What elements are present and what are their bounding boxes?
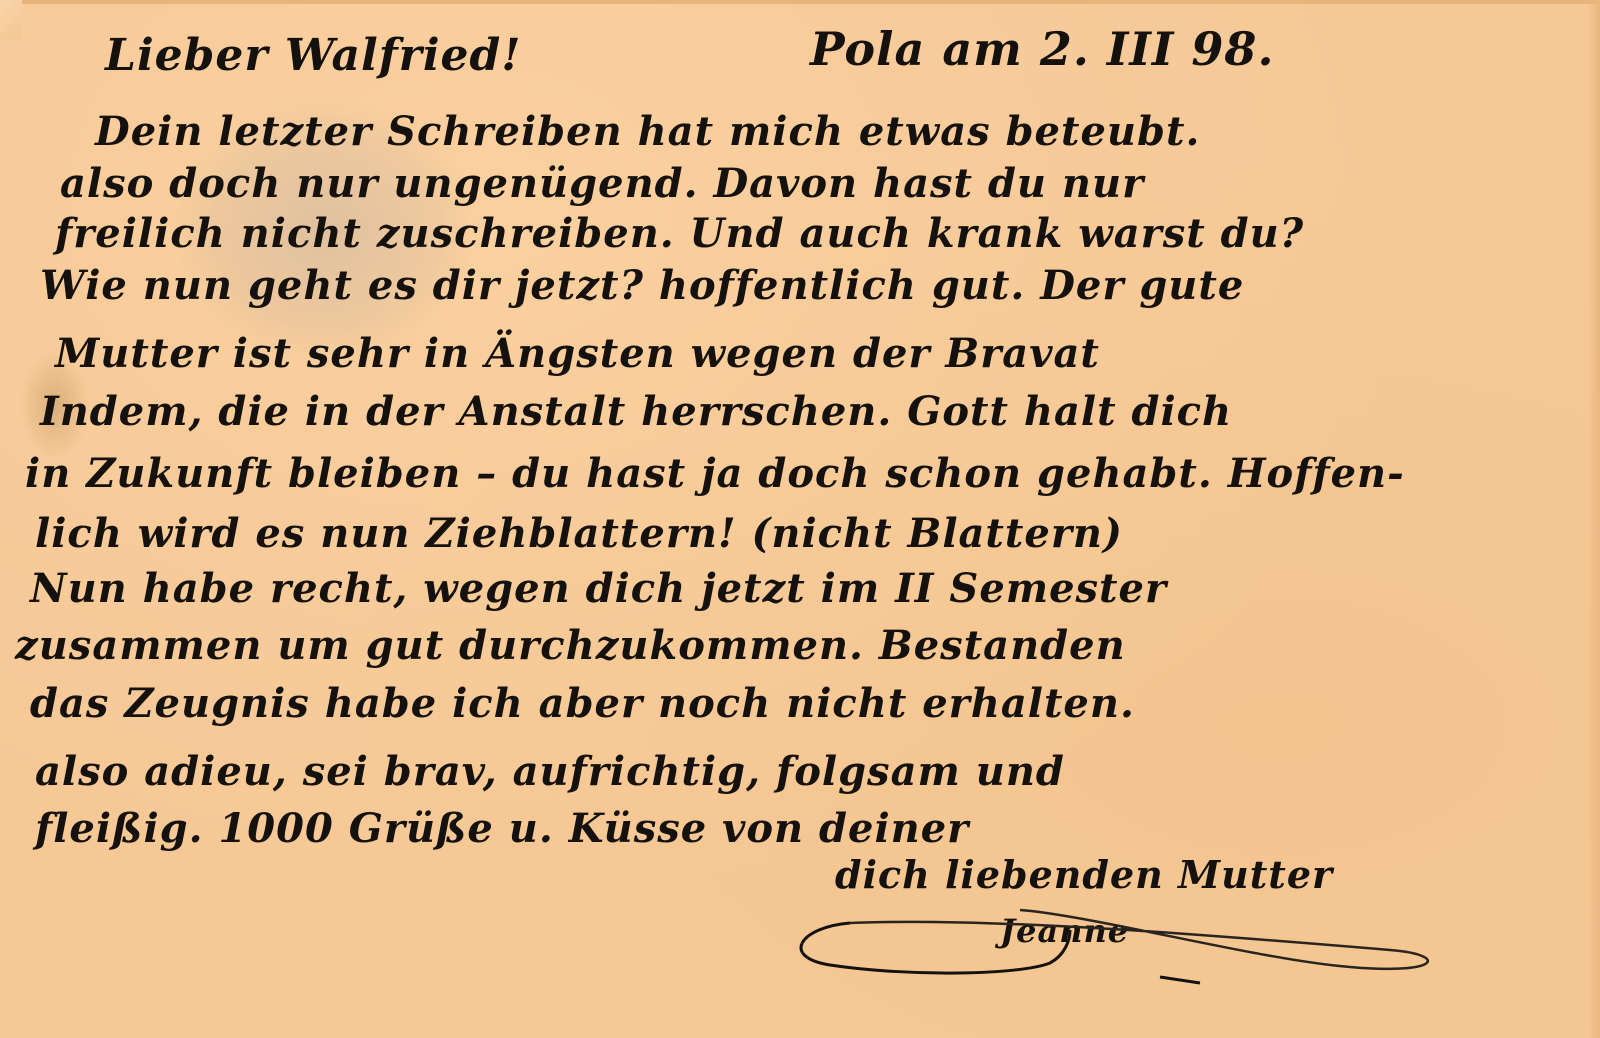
letter-line: also doch nur ungenügend. Davon hast du … [60, 160, 1144, 207]
letter-line: zusammen um gut durchzukommen. Bestanden [15, 622, 1126, 669]
letter-line: Dein letzter Schreiben hat mich etwas be… [95, 108, 1200, 155]
card-top-edge [0, 0, 1600, 4]
letter-line: das Zeugnis habe ich aber noch nicht erh… [30, 680, 1135, 727]
place-date: Pola am 2. III 98. [810, 22, 1274, 76]
letter-line: Wie nun geht es dir jetzt? hoffentlich g… [40, 262, 1244, 309]
card-corner [0, 0, 22, 40]
letter-line: freilich nicht zuschreiben. Und auch kra… [55, 210, 1304, 257]
letter-line: Mutter ist sehr in Ängsten wegen der Bra… [55, 330, 1100, 377]
letter-line: Nun habe recht, wegen dich jetzt im II S… [30, 565, 1167, 612]
card-right-edge [1588, 0, 1600, 1038]
letter-line: Indem, die in der Anstalt herrschen. Got… [40, 388, 1232, 435]
letter-line: also adieu, sei brav, aufrichtig, folgsa… [35, 748, 1065, 795]
signature-flourish-icon [790, 905, 1440, 985]
closing-line: dich liebenden Mutter [835, 852, 1333, 897]
postcard: Lieber Walfried! Pola am 2. III 98. Dein… [0, 0, 1600, 1038]
letter-line: fleißig. 1000 Grüße u. Küsse von deiner [35, 805, 969, 852]
letter-line: in Zukunft bleiben – du hast ja doch sch… [25, 450, 1405, 497]
letter-line: lich wird es nun Ziehblattern! (nicht Bl… [35, 510, 1123, 557]
salutation: Lieber Walfried! [105, 30, 522, 81]
